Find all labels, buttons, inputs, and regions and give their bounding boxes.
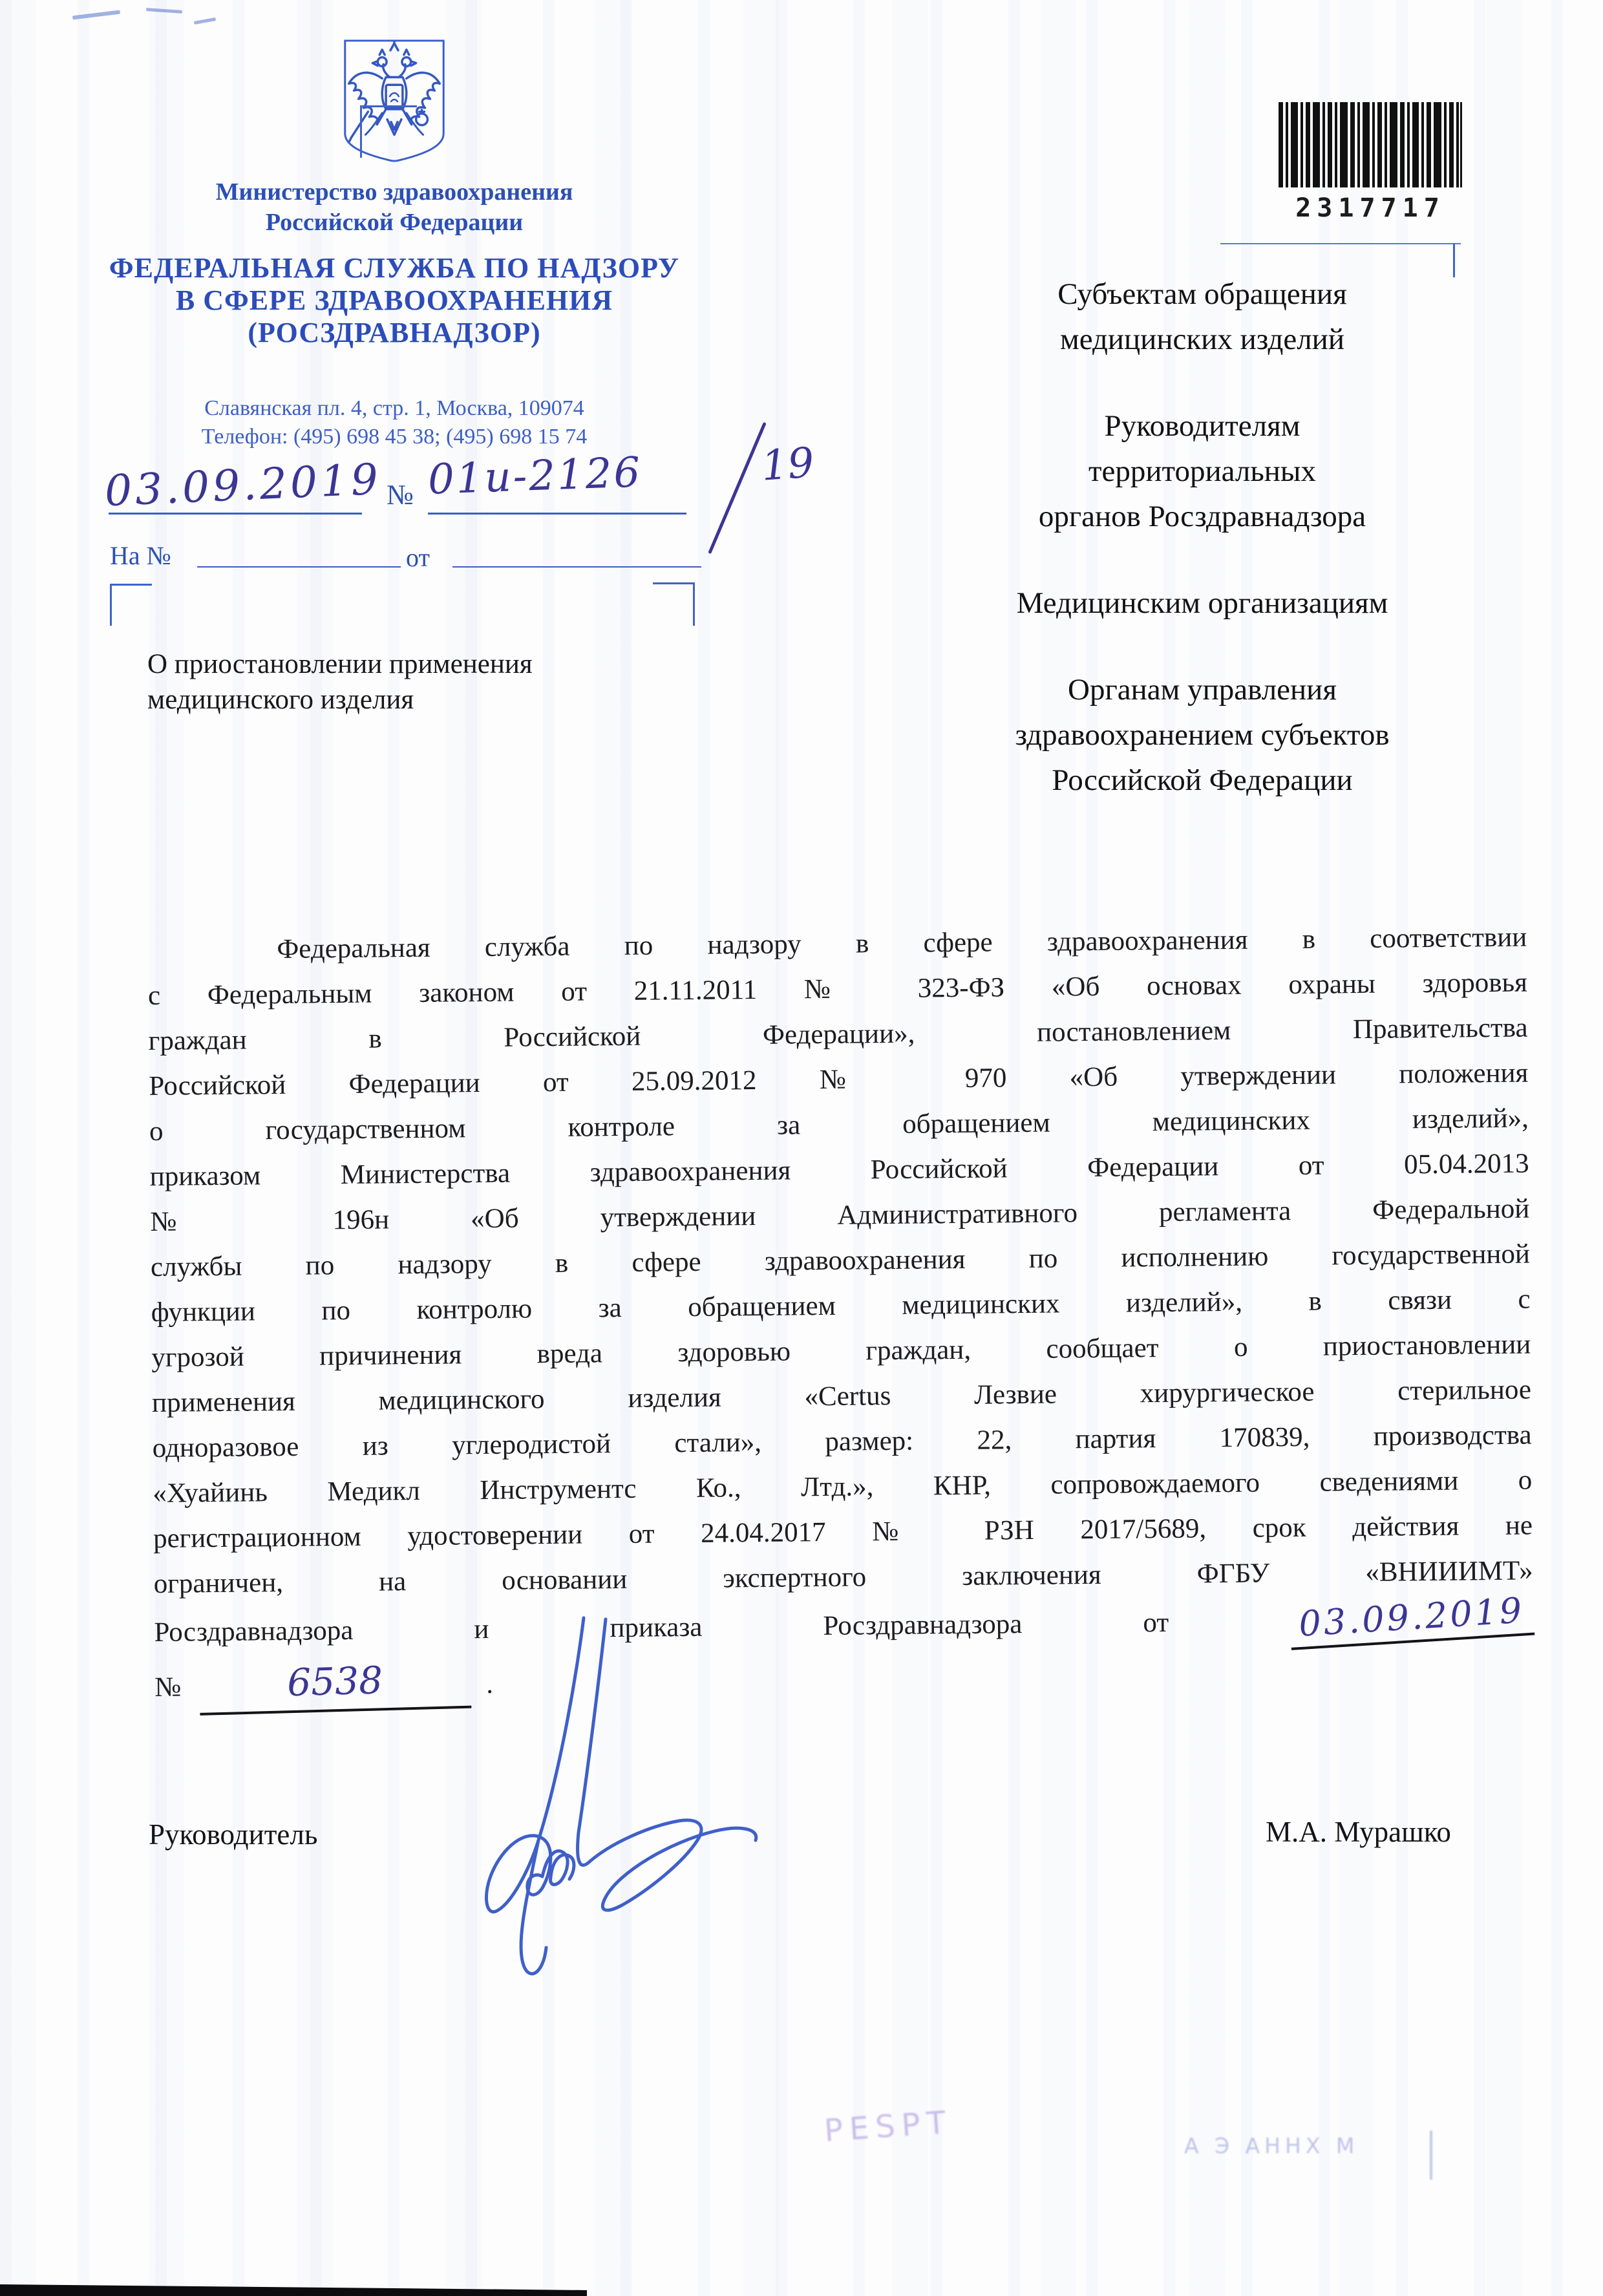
subject-line: О приостановлении применения медицинског…	[147, 646, 613, 717]
reply-to-label: На №	[110, 540, 171, 571]
number-sign: №	[387, 478, 414, 511]
bleed-through-text: PESPT	[823, 2104, 953, 2149]
corner-mark-addressee-left	[360, 105, 417, 158]
corner-mark-subject-left	[110, 584, 152, 626]
barcode-bars-icon	[1279, 102, 1462, 187]
handwritten-order-date: 03.09.2019	[1288, 1588, 1534, 1650]
scan-artifact-dash	[72, 10, 120, 20]
scan-artifact-dash	[194, 17, 216, 25]
scanner-edge-bar	[0, 2283, 587, 2296]
corner-mark-subject-right	[653, 582, 695, 626]
addressee-block: Медицинским организациям	[918, 580, 1487, 626]
order-number-sign: №	[154, 1672, 181, 1703]
reply-number-blank	[197, 566, 401, 568]
ministry-name: Министерство здравоохранения Российской …	[97, 177, 692, 238]
bleed-through-text: А Э АННХ М	[1184, 2133, 1359, 2158]
addressee-list: Субъектам обращения медицинских изделий …	[918, 271, 1487, 844]
signer-name: М.А. Мурашко	[1266, 1815, 1451, 1849]
date-underline	[109, 513, 362, 515]
handwritten-outgoing-number: 01и-2126	[427, 449, 643, 504]
body-line-number: №6538.	[154, 1642, 1534, 1715]
barcode-number: 2317717	[1279, 193, 1462, 223]
bleed-through-mark	[1430, 2131, 1432, 2180]
service-name: ФЕДЕРАЛЬНАЯ СЛУЖБА ПО НАДЗОРУ В СФЕРЕ ЗД…	[97, 252, 692, 349]
handwritten-slash	[708, 422, 767, 554]
corner-mark-addressee-line	[1220, 243, 1461, 244]
handwritten-outgoing-date: 03.09.2019	[104, 454, 383, 516]
handwritten-number-suffix: 19	[760, 439, 816, 491]
barcode: 2317717	[1279, 102, 1462, 223]
letterhead-contacts: Славянская пл. 4, стр. 1, Москва, 109074…	[97, 394, 692, 451]
letterhead: Министерство здравоохранения Российской …	[97, 37, 692, 451]
addressee-block: Субъектам обращения медицинских изделий	[918, 271, 1487, 362]
scan-artifact-dash	[146, 8, 182, 14]
addressee-block: Органам управления здравоохранением субъ…	[918, 667, 1487, 803]
letter-body: Федеральная служба по надзору в сфере зд…	[147, 915, 1534, 1716]
reply-from-label: от	[406, 542, 430, 573]
reply-date-blank	[452, 566, 701, 568]
handwritten-signature-icon	[378, 1613, 798, 2001]
signer-title: Руководитель	[149, 1818, 317, 1851]
scanned-letter-page: Министерство здравоохранения Российской …	[0, 0, 1603, 2296]
letterhead-phone: Телефон: (495) 698 45 38; (495) 698 15 7…	[97, 423, 692, 451]
number-underline	[428, 513, 686, 515]
letterhead-address: Славянская пл. 4, стр. 1, Москва, 109074	[97, 394, 692, 423]
addressee-block: Руководителям территориальных органов Ро…	[918, 403, 1487, 539]
body-paragraph: Федеральная служба по надзору в сфере зд…	[147, 915, 1533, 1607]
